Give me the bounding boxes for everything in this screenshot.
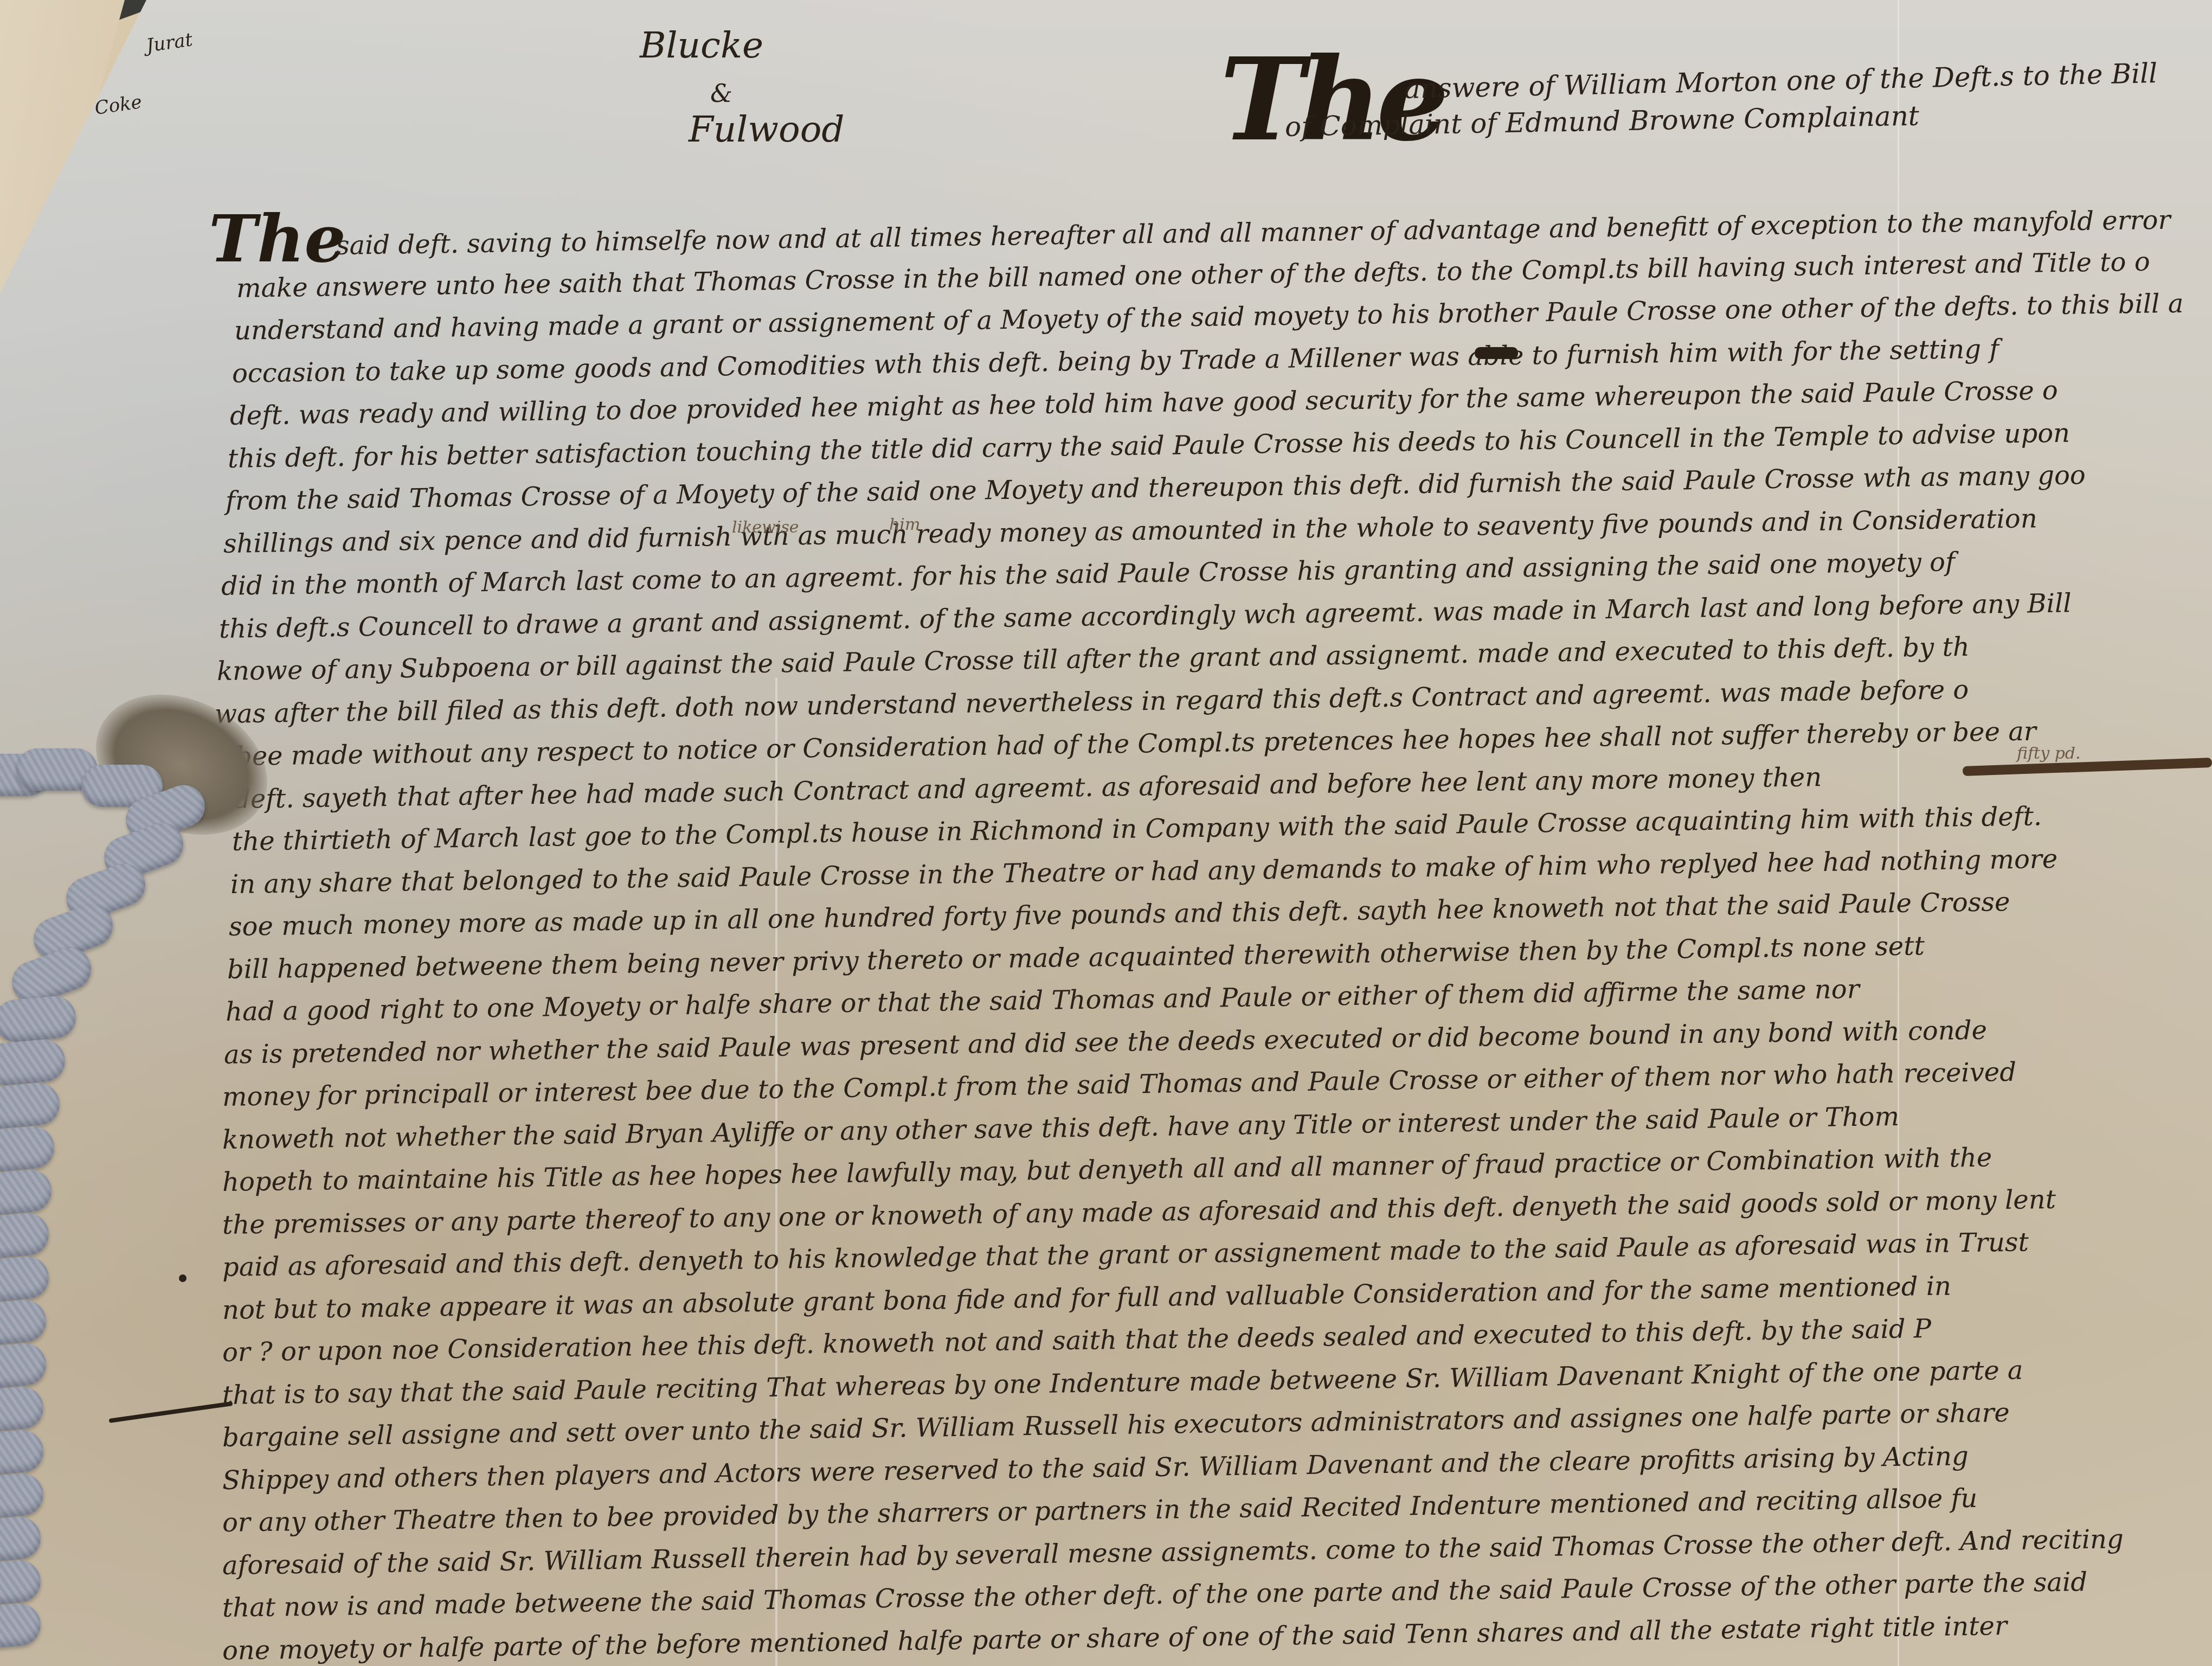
cord-bead [0, 1515, 42, 1565]
binding-cord [0, 754, 195, 1666]
interlinear-note: fifty pd. [2017, 744, 2081, 763]
cord-bead [0, 1168, 53, 1218]
cord-bead [0, 1602, 42, 1651]
docket-name-2: Fulwood [689, 108, 845, 150]
cord-bead [0, 1255, 50, 1304]
interlinear-note: him [889, 515, 920, 534]
docket-ampersand: & [710, 79, 732, 108]
cord-bead [0, 1298, 48, 1348]
cord-bead [0, 1212, 50, 1261]
interlinear-note: likewise [732, 518, 799, 537]
cord-bead [0, 1559, 42, 1608]
ink-blot [1475, 347, 1518, 359]
docket-name-1: Blucke [640, 24, 763, 66]
cord-bead [0, 1342, 48, 1391]
cord-bead [0, 1125, 56, 1174]
cord-bead [0, 995, 78, 1044]
cord-bead [0, 1081, 61, 1131]
cord-bead [0, 1385, 45, 1434]
body-initial: The [209, 201, 346, 277]
cord-bead [0, 1038, 67, 1087]
cord-bead [0, 1428, 45, 1478]
cord-bead [0, 1472, 45, 1521]
